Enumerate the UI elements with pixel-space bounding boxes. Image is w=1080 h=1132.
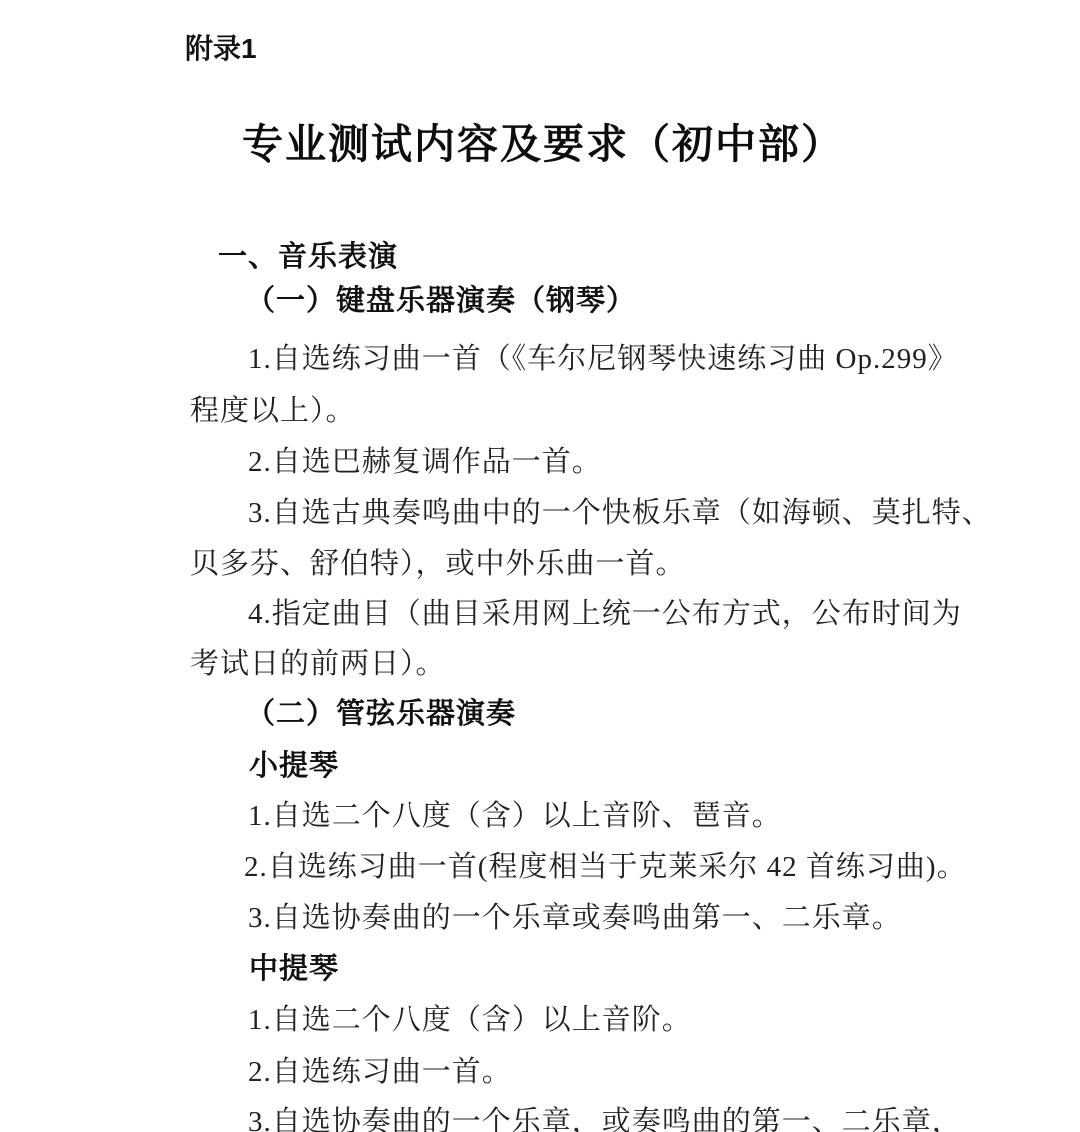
subsection-orchestral-heading: （二）管弦乐器演奏	[246, 698, 516, 731]
document-page: 附录1 专业测试内容及要求（初中部） 一、音乐表演 （一）键盘乐器演奏（钢琴） …	[0, 0, 1080, 1132]
piano-item-3-line-2: 贝多芬、舒伯特），或中外乐曲一首。	[190, 548, 686, 581]
piano-item-1-line-2: 程度以上）。	[190, 395, 356, 428]
appendix-label: 附录1	[185, 33, 257, 65]
viola-heading: 中提琴	[249, 953, 339, 986]
violin-item-2: 2.自选练习曲一首(程度相当于克莱采尔 42 首练习曲)。	[244, 851, 967, 884]
section-1-heading: 一、音乐表演	[218, 241, 398, 274]
piano-item-4-line-1: 4.指定曲目（曲目采用网上统一公布方式，公布时间为	[248, 598, 962, 631]
piano-item-1-line-1: 1.自选练习曲一首（《车尔尼钢琴快速练习曲 Op.299》	[248, 343, 958, 376]
piano-item-2: 2.自选巴赫复调作品一首。	[248, 446, 602, 479]
violin-item-3: 3.自选协奏曲的一个乐章或奏鸣曲第一、二乐章。	[248, 902, 902, 935]
piano-item-3-line-1: 3.自选古典奏鸣曲中的一个快板乐章（如海顿、莫扎特、	[248, 497, 992, 530]
viola-item-2: 2.自选练习曲一首。	[248, 1056, 512, 1089]
piano-item-4-line-2: 考试日的前两日）。	[190, 648, 446, 681]
violin-heading: 小提琴	[249, 750, 339, 783]
viola-item-1: 1.自选二个八度（含）以上音阶。	[248, 1004, 692, 1037]
subsection-keyboard-heading: （一）键盘乐器演奏（钢琴）	[246, 285, 636, 318]
document-title: 专业测试内容及要求（初中部）	[242, 121, 844, 168]
violin-item-1: 1.自选二个八度（含）以上音阶、琶音。	[248, 800, 782, 833]
viola-item-3-line-1: 3.自选协奏曲的一个乐章，或奏鸣曲的第一、二乐章，	[248, 1106, 962, 1132]
